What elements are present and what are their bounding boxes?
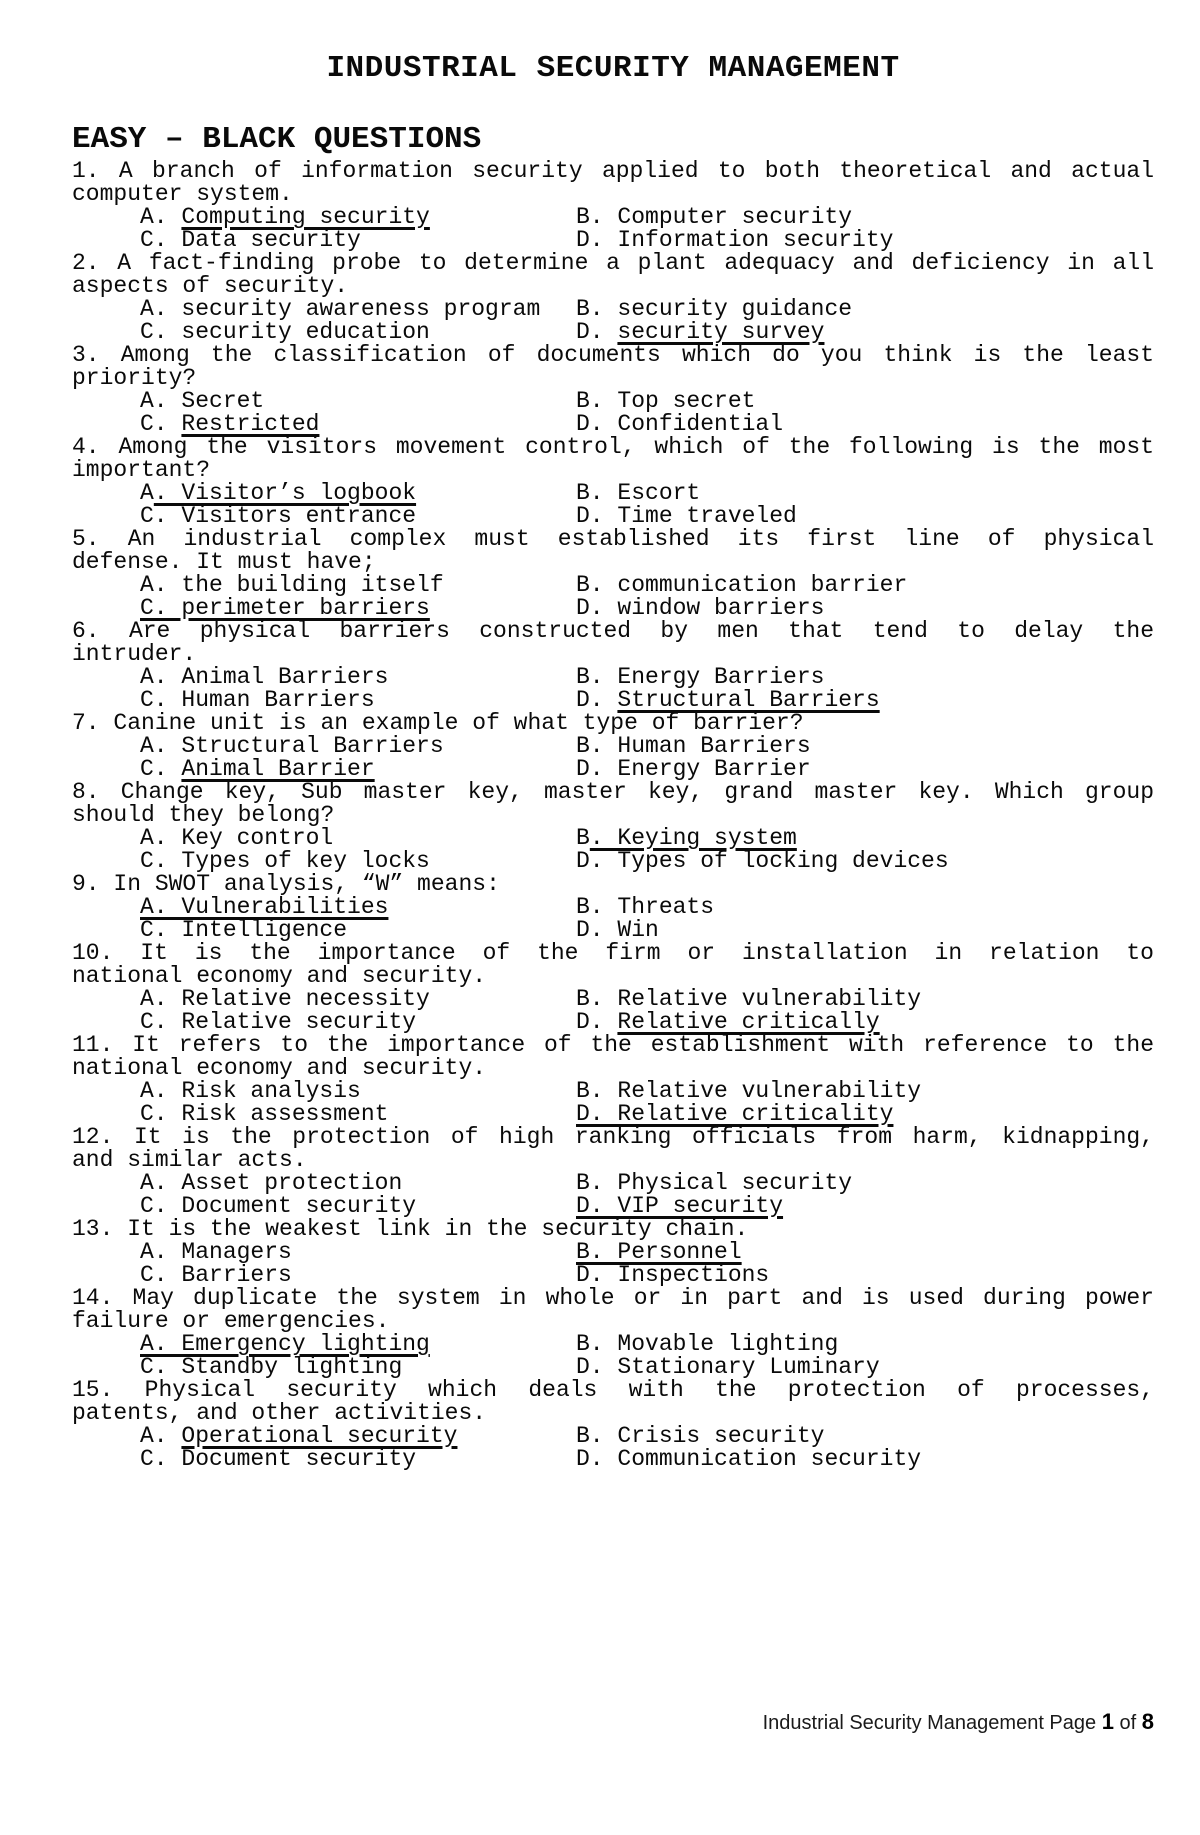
question-stem-line: important? <box>72 459 1154 482</box>
options-row: C. Risk assessmentD. Relative criticalit… <box>72 1103 1154 1126</box>
question-stem-line: 6. Are physical barriers constructed by … <box>72 620 1154 643</box>
options-row: A. Risk analysisB. Relative vulnerabilit… <box>72 1080 1154 1103</box>
question-stem-line: 3. Among the classification of documents… <box>72 344 1154 367</box>
question-stem-line: 2. A fact-finding probe to determine a p… <box>72 252 1154 275</box>
question-stem-line: 11. It refers to the importance of the e… <box>72 1034 1154 1057</box>
option-b: B. security guidance <box>576 298 852 321</box>
option-d: D. Communication security <box>576 1448 921 1471</box>
question-10: 10. It is the importance of the firm or … <box>72 942 1154 1034</box>
question-stem-line: defense. It must have; <box>72 551 1154 574</box>
options-row: C. BarriersD. Inspections <box>72 1264 1154 1287</box>
option-b: B. Keying system <box>576 827 797 850</box>
option-d: D. Stationary Luminary <box>576 1356 880 1379</box>
footer-page-number: 1 <box>1102 1709 1114 1734</box>
question-15: 15. Physical security which deals with t… <box>72 1379 1154 1471</box>
question-1: 1. A branch of information security appl… <box>72 160 1154 252</box>
options-row: C. RestrictedD. Confidential <box>72 413 1154 436</box>
question-6: 6. Are physical barriers constructed by … <box>72 620 1154 712</box>
option-c: C. Data security <box>140 229 361 252</box>
options-row: C. Visitors entranceD. Time traveled <box>72 505 1154 528</box>
options-row: A. ManagersB. Personnel <box>72 1241 1154 1264</box>
question-stem-line: aspects of security. <box>72 275 1154 298</box>
option-d: D. Inspections <box>576 1264 769 1287</box>
options-row: A. Visitor’s logbookB. Escort <box>72 482 1154 505</box>
option-b: B. Movable lighting <box>576 1333 838 1356</box>
option-b: B. Human Barriers <box>576 735 811 758</box>
answer-underline: D. VIP security <box>576 1193 783 1219</box>
options-row: A. Emergency lightingB. Movable lighting <box>72 1333 1154 1356</box>
option-a: A. Animal Barriers <box>140 666 388 689</box>
options-row: A. Key controlB. Keying system <box>72 827 1154 850</box>
option-a: A. Risk analysis <box>140 1080 361 1103</box>
document-content: INDUSTRIAL SECURITY MANAGEMENT EASY – BL… <box>72 52 1154 1471</box>
option-d: D. Win <box>576 919 659 942</box>
options-row: A. Structural BarriersB. Human Barriers <box>72 735 1154 758</box>
option-d: D. Confidential <box>576 413 783 436</box>
option-c: C. Intelligence <box>140 919 347 942</box>
option-d: D. Relative criticality <box>576 1103 893 1126</box>
question-9: 9. In SWOT analysis, “W” means:A. Vulner… <box>72 873 1154 942</box>
question-stem-line: computer system. <box>72 183 1154 206</box>
options-row: C. Data securityD. Information security <box>72 229 1154 252</box>
question-11: 11. It refers to the importance of the e… <box>72 1034 1154 1126</box>
question-stem-line: 15. Physical security which deals with t… <box>72 1379 1154 1402</box>
question-5: 5. An industrial complex must establishe… <box>72 528 1154 620</box>
answer-underline: D. Relative criticality <box>576 1101 893 1127</box>
document-title: INDUSTRIAL SECURITY MANAGEMENT <box>72 52 1154 86</box>
option-d: D. Time traveled <box>576 505 797 528</box>
option-a: A. Relative necessity <box>140 988 430 1011</box>
option-a: A. Emergency lighting <box>140 1333 430 1356</box>
option-d: D. security survey <box>576 321 824 344</box>
answer-underline: C. perimeter barriers <box>140 595 430 621</box>
option-b: B. Relative vulnerability <box>576 988 921 1011</box>
question-stem-line: 1. A branch of information security appl… <box>72 160 1154 183</box>
option-c: C. Barriers <box>140 1264 292 1287</box>
option-a: A. Vulnerabilities <box>140 896 388 919</box>
options-row: A. the building itselfB. communication b… <box>72 574 1154 597</box>
question-stem-line: should they belong? <box>72 804 1154 827</box>
answer-underline: Animal Barrier <box>181 756 374 782</box>
option-d: D. Types of locking devices <box>576 850 949 873</box>
option-b: B. Crisis security <box>576 1425 824 1448</box>
answer-underline: Structural Barriers <box>617 687 879 713</box>
option-b: B. Top secret <box>576 390 755 413</box>
question-stem-line: 9. In SWOT analysis, “W” means: <box>72 873 1154 896</box>
option-a: A. Structural Barriers <box>140 735 444 758</box>
option-a: A. Visitor’s logbook <box>140 482 416 505</box>
options-row: A. Operational securityB. Crisis securit… <box>72 1425 1154 1448</box>
option-a: A. Computing security <box>140 206 430 229</box>
option-b: B. Energy Barriers <box>576 666 824 689</box>
question-stem-line: 4. Among the visitors movement control, … <box>72 436 1154 459</box>
option-d: D. Information security <box>576 229 893 252</box>
option-c: C. Human Barriers <box>140 689 375 712</box>
options-row: C. Standby lightingD. Stationary Luminar… <box>72 1356 1154 1379</box>
footer-total-pages: 8 <box>1142 1709 1154 1734</box>
options-row: A. Asset protectionB. Physical security <box>72 1172 1154 1195</box>
option-d: D. Relative critically <box>576 1011 880 1034</box>
options-row: A. Animal BarriersB. Energy Barriers <box>72 666 1154 689</box>
options-row: C. Document securityD. Communication sec… <box>72 1448 1154 1471</box>
footer-text: Industrial Security Management Page <box>763 1712 1102 1734</box>
question-stem-line: failure or emergencies. <box>72 1310 1154 1333</box>
option-d: D. Structural Barriers <box>576 689 880 712</box>
options-row: C. Human BarriersD. Structural Barriers <box>72 689 1154 712</box>
page-footer: Industrial Security Management Page 1 of… <box>763 1710 1154 1735</box>
option-c: C. Types of key locks <box>140 850 430 873</box>
options-row: A. Computing securityB. Computer securit… <box>72 206 1154 229</box>
option-c: C. perimeter barriers <box>140 597 430 620</box>
options-row: C. Animal BarrierD. Energy Barrier <box>72 758 1154 781</box>
document-page: INDUSTRIAL SECURITY MANAGEMENT EASY – BL… <box>0 0 1200 1835</box>
options-row: A. Relative necessityB. Relative vulnera… <box>72 988 1154 1011</box>
question-stem-line: patents, and other activities. <box>72 1402 1154 1425</box>
question-stem-line: 7. Canine unit is an example of what typ… <box>72 712 1154 735</box>
option-b: B. Computer security <box>576 206 852 229</box>
question-stem-line: 13. It is the weakest link in the securi… <box>72 1218 1154 1241</box>
section-heading: EASY – BLACK QUESTIONS <box>72 122 1154 158</box>
question-13: 13. It is the weakest link in the securi… <box>72 1218 1154 1287</box>
option-c: C. Standby lighting <box>140 1356 402 1379</box>
option-c: C. Document security <box>140 1448 416 1471</box>
option-d: D. window barriers <box>576 597 824 620</box>
question-stem-line: and similar acts. <box>72 1149 1154 1172</box>
answer-underline: Relative critically <box>617 1009 879 1035</box>
option-b: B. Escort <box>576 482 700 505</box>
question-stem-line: national economy and security. <box>72 1057 1154 1080</box>
option-a: A. Secret <box>140 390 264 413</box>
options-row: C. IntelligenceD. Win <box>72 919 1154 942</box>
option-b: B. Threats <box>576 896 714 919</box>
footer-of-text: of <box>1114 1712 1142 1734</box>
options-row: C. security educationD. security survey <box>72 321 1154 344</box>
option-d: D. VIP security <box>576 1195 783 1218</box>
question-stem-line: intruder. <box>72 643 1154 666</box>
question-7: 7. Canine unit is an example of what typ… <box>72 712 1154 781</box>
option-b: B. Physical security <box>576 1172 852 1195</box>
options-row: C. Types of key locksD. Types of locking… <box>72 850 1154 873</box>
option-b: B. Personnel <box>576 1241 742 1264</box>
option-c: C. Restricted <box>140 413 319 436</box>
option-c: C. security education <box>140 321 430 344</box>
question-4: 4. Among the visitors movement control, … <box>72 436 1154 528</box>
option-d: D. Energy Barrier <box>576 758 811 781</box>
question-stem-line: national economy and security. <box>72 965 1154 988</box>
options-row: C. Document securityD. VIP security <box>72 1195 1154 1218</box>
questions-list: 1. A branch of information security appl… <box>72 160 1154 1471</box>
question-3: 3. Among the classification of documents… <box>72 344 1154 436</box>
option-c: C. Animal Barrier <box>140 758 375 781</box>
option-b: B. Relative vulnerability <box>576 1080 921 1103</box>
options-row: A. VulnerabilitiesB. Threats <box>72 896 1154 919</box>
option-c: C. Relative security <box>140 1011 416 1034</box>
option-c: C. Visitors entrance <box>140 505 416 528</box>
question-14: 14. May duplicate the system in whole or… <box>72 1287 1154 1379</box>
question-2: 2. A fact-finding probe to determine a p… <box>72 252 1154 344</box>
option-a: A. Key control <box>140 827 333 850</box>
option-b: B. communication barrier <box>576 574 907 597</box>
option-c: C. Risk assessment <box>140 1103 388 1126</box>
option-a: A. Operational security <box>140 1425 457 1448</box>
option-a: A. security awareness program <box>140 298 540 321</box>
options-row: A. SecretB. Top secret <box>72 390 1154 413</box>
options-row: A. security awareness programB. security… <box>72 298 1154 321</box>
question-stem-line: 14. May duplicate the system in whole or… <box>72 1287 1154 1310</box>
question-stem-line: 5. An industrial complex must establishe… <box>72 528 1154 551</box>
option-a: A. the building itself <box>140 574 444 597</box>
options-row: C. perimeter barriersD. window barriers <box>72 597 1154 620</box>
question-stem-line: priority? <box>72 367 1154 390</box>
question-stem-line: 8. Change key, Sub master key, master ke… <box>72 781 1154 804</box>
question-12: 12. It is the protection of high ranking… <box>72 1126 1154 1218</box>
option-a: A. Asset protection <box>140 1172 402 1195</box>
question-stem-line: 10. It is the importance of the firm or … <box>72 942 1154 965</box>
option-a: A. Managers <box>140 1241 292 1264</box>
options-row: C. Relative securityD. Relative critical… <box>72 1011 1154 1034</box>
answer-underline: Restricted <box>181 411 319 437</box>
answer-underline: security survey <box>617 319 824 345</box>
question-stem-line: 12. It is the protection of high ranking… <box>72 1126 1154 1149</box>
question-8: 8. Change key, Sub master key, master ke… <box>72 781 1154 873</box>
option-c: C. Document security <box>140 1195 416 1218</box>
